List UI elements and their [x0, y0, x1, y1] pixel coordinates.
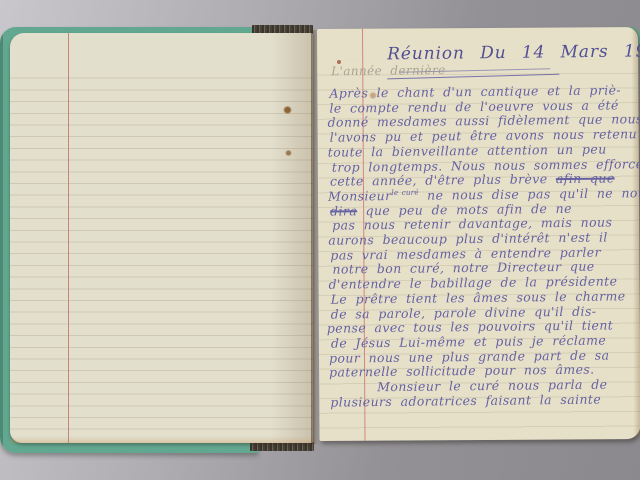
stain — [285, 150, 292, 156]
page-edge-stack-bottom — [250, 442, 314, 451]
handwriting-segment: L'année dernière — [331, 63, 445, 78]
handwriting-line: plusieurs adoratrices faisant la sainte — [330, 391, 601, 409]
ink-dot — [337, 60, 341, 64]
heading-line: Réunion Du 14 Mars 1920 — [387, 41, 640, 64]
pencil-note: L'année dernière — [331, 63, 445, 78]
handwriting-segment: ne nous dise pas qu'il ne nous — [419, 185, 640, 203]
handwriting-segment: afin que — [556, 171, 615, 187]
handwriting-segment: dira — [330, 203, 357, 218]
stain — [369, 92, 377, 99]
right-page: Réunion Du 14 Mars 1920L'année dernièreA… — [317, 27, 640, 441]
handwriting-layer: Réunion Du 14 Mars 1920L'année dernièreA… — [317, 27, 640, 441]
handwriting-segment: plusieurs adoratrices faisant la sainte — [330, 391, 601, 409]
left-page — [10, 33, 313, 443]
page-edge-tint — [10, 436, 313, 443]
handwriting-segment: Monsieur — [328, 188, 392, 204]
stain — [283, 106, 292, 114]
handwriting-segment: le curé — [391, 188, 418, 197]
gutter-shading — [10, 33, 313, 443]
handwriting-segment: Réunion Du 14 Mars 1920 — [387, 41, 640, 64]
